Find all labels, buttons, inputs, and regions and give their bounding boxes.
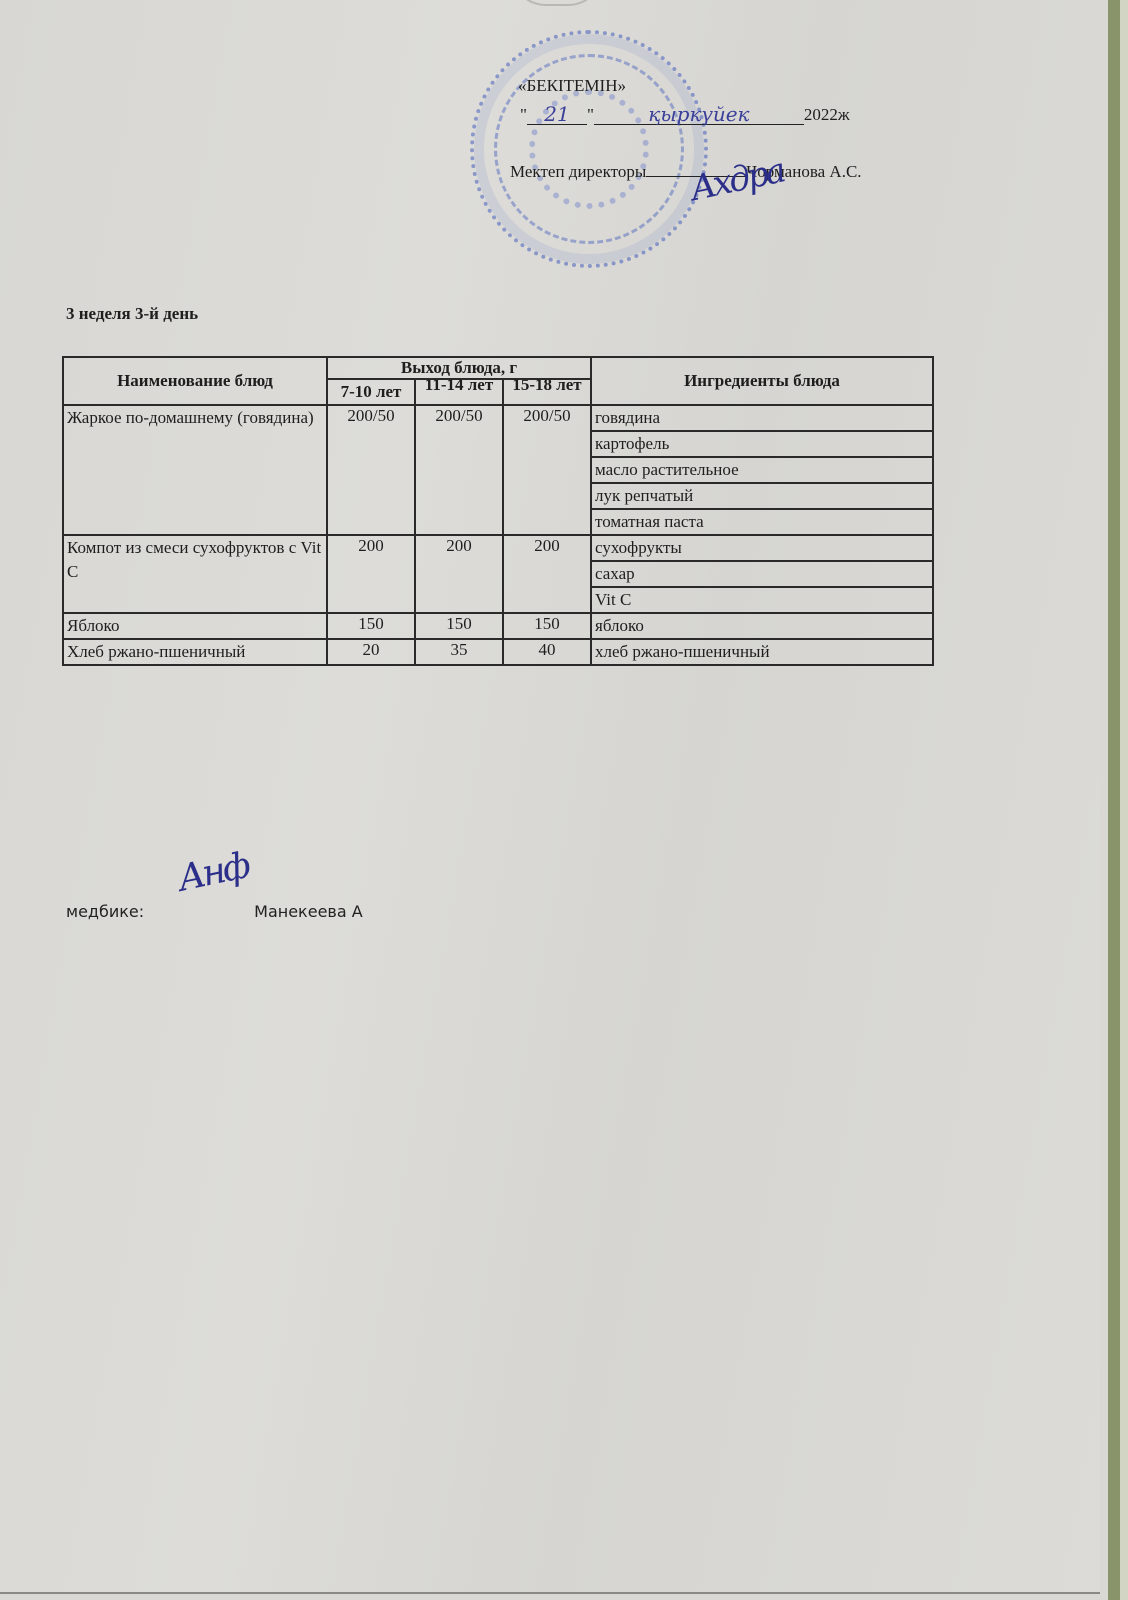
yield-7-10: 200/50 [327, 405, 415, 535]
yield-15-18: 200/50 [503, 405, 591, 535]
punch-hole-shadow [510, 0, 604, 6]
table-row: Жаркое по-домашнему (говядина) 200/50 20… [63, 405, 933, 431]
document-page: «БЕКІТЕМІН» "21"қыркүйек2022ж Мектеп дир… [0, 0, 1100, 1594]
nurse-label: медбике: [66, 902, 144, 921]
director-line: Мектеп директорыЧорманова А.С. [510, 162, 862, 182]
header-yield: Выход блюда, г [327, 357, 591, 379]
dish-name: Яблоко [63, 613, 327, 639]
folder-edge-light [1120, 0, 1128, 1600]
yield-11-14: 35 [415, 639, 503, 665]
header-age-7-10: 7-10 лет [327, 379, 415, 405]
yield-15-18: 150 [503, 613, 591, 639]
table-row: Компот из смеси сухофруктов с Vit C 200 … [63, 535, 933, 561]
header-dish-name: Наименование блюд [63, 357, 327, 405]
ingredient: сахар [591, 561, 933, 587]
nurse-name: Манекеева А [254, 902, 363, 921]
table-row: Хлеб ржано-пшеничный 20 35 40 хлеб ржано… [63, 639, 933, 665]
yield-11-14: 200/50 [415, 405, 503, 535]
ingredient: сухофрукты [591, 535, 933, 561]
ingredient: картофель [591, 431, 933, 457]
header-age-15-18: 15-18 лет [503, 379, 591, 405]
dish-name: Компот из смеси сухофруктов с Vit C [63, 535, 327, 613]
nurse-line: медбике:Манекеева А [66, 902, 363, 921]
ingredient: лук репчатый [591, 483, 933, 509]
ingredient: яблоко [591, 613, 933, 639]
nurse-signature: Анф [175, 845, 252, 900]
dish-name: Жаркое по-домашнему (говядина) [63, 405, 327, 535]
yield-7-10: 150 [327, 613, 415, 639]
folder-edge [1108, 0, 1120, 1600]
yield-11-14: 200 [415, 535, 503, 613]
header-ingredients: Ингредиенты блюда [591, 357, 933, 405]
dish-name: Хлеб ржано-пшеничный [63, 639, 327, 665]
director-label: Мектеп директоры [510, 162, 646, 181]
yield-7-10: 20 [327, 639, 415, 665]
header-age-11-14: 11-14 лет [415, 379, 503, 405]
yield-15-18: 40 [503, 639, 591, 665]
ingredient: Vit C [591, 587, 933, 613]
table-row: Яблоко 150 150 150 яблоко [63, 613, 933, 639]
ingredient: масло растительное [591, 457, 933, 483]
date-day: 21 [527, 104, 587, 125]
yield-7-10: 200 [327, 535, 415, 613]
date-month: қыркүйек [594, 104, 804, 125]
official-stamp [470, 30, 708, 268]
approval-title: «БЕКІТЕМІН» [518, 76, 626, 96]
approval-date: "21"қыркүйек2022ж [520, 104, 900, 125]
header-row: Наименование блюд Выход блюда, г Ингреди… [63, 357, 933, 379]
ingredient: говядина [591, 405, 933, 431]
date-year: 2022ж [804, 105, 850, 124]
yield-15-18: 200 [503, 535, 591, 613]
ingredient: томатная паста [591, 509, 933, 535]
menu-table: Наименование блюд Выход блюда, г Ингреди… [62, 356, 934, 666]
page-heading: 3 неделя 3-й день [66, 304, 198, 324]
yield-11-14: 150 [415, 613, 503, 639]
ingredient: хлеб ржано-пшеничный [591, 639, 933, 665]
